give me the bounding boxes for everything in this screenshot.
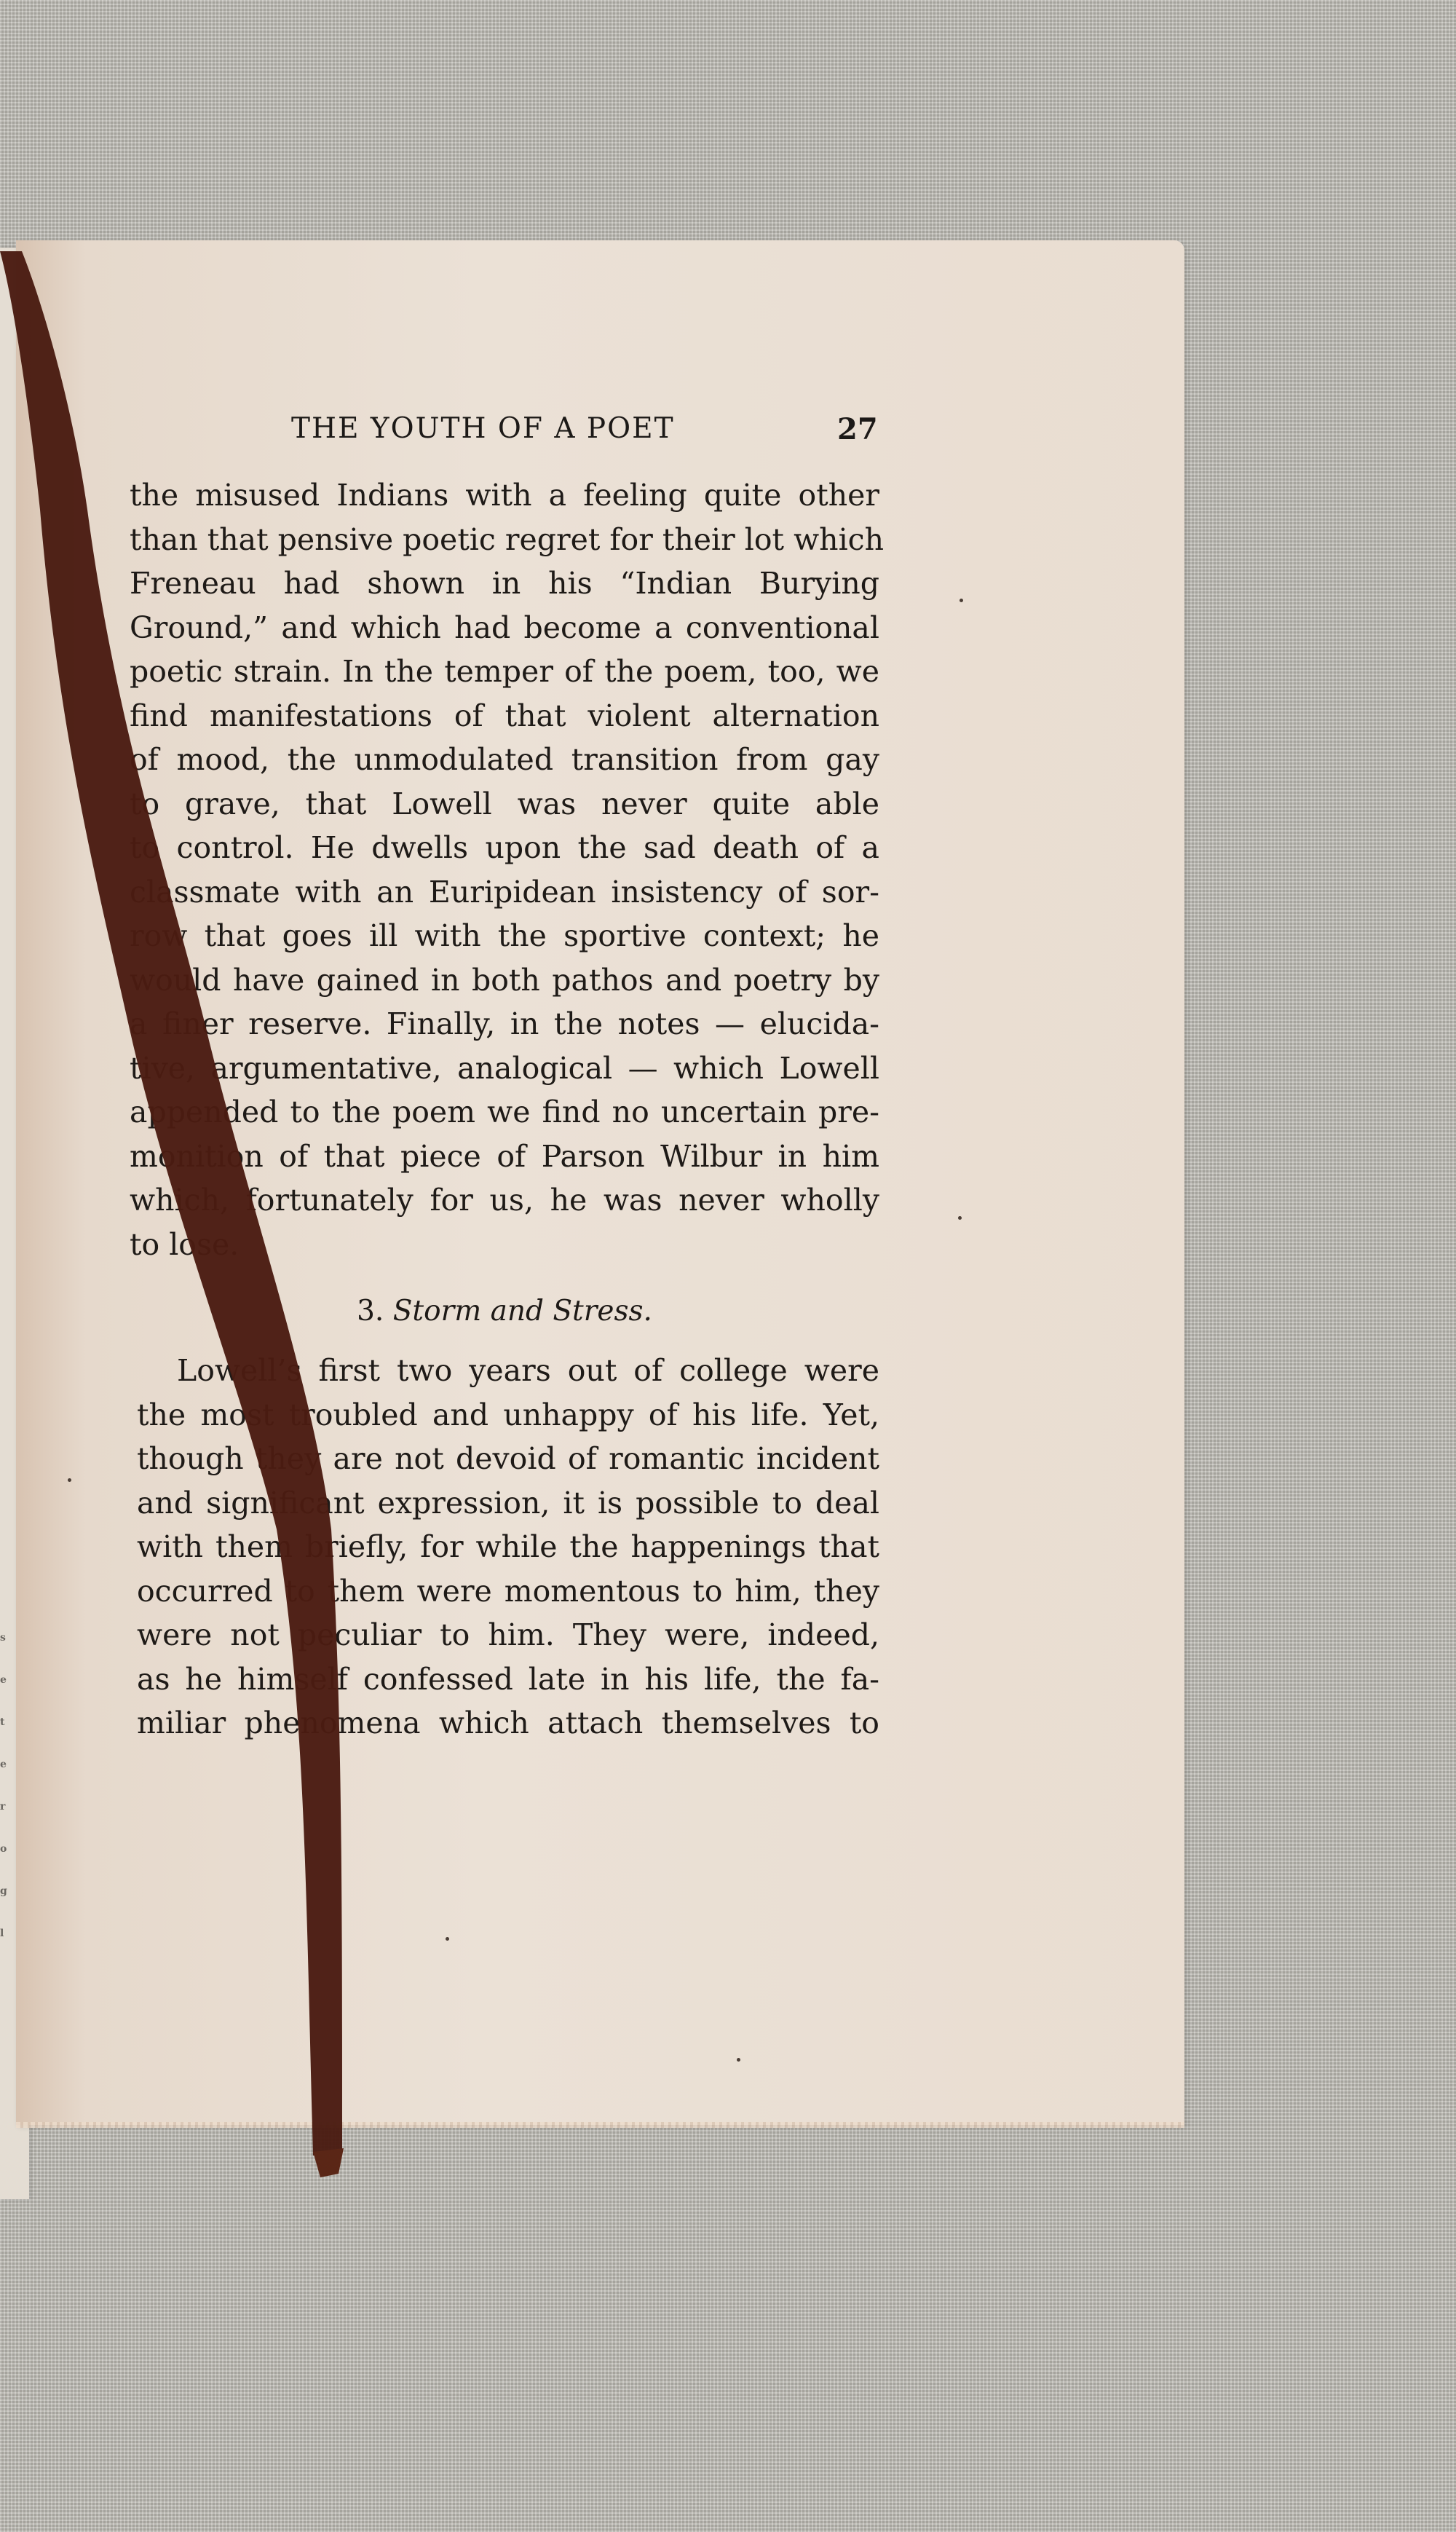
text-line: of mood, the unmodulated transition from… bbox=[130, 738, 879, 782]
paper-speck bbox=[446, 1937, 449, 1941]
paper-speck bbox=[958, 1216, 962, 1220]
text-line: row that goes ill with the sportive cont… bbox=[130, 914, 879, 958]
section-title: Storm and Stress. bbox=[393, 1295, 652, 1328]
paper-speck bbox=[68, 1478, 71, 1482]
text-line: Lowell’s first two years out of college … bbox=[137, 1349, 879, 1393]
text-line: and significant expression, it is possib… bbox=[137, 1481, 879, 1526]
text-line: which, fortunately for us, he was never … bbox=[130, 1178, 879, 1223]
section-number: 3. bbox=[357, 1295, 384, 1328]
text-line: tive, argumentative, analogical — which … bbox=[130, 1046, 879, 1091]
text-line: monition of that piece of Parson Wilbur … bbox=[130, 1135, 879, 1179]
text-line: miliar phenomena which attach themselves… bbox=[137, 1701, 879, 1746]
text-line: occurred to them were momentous to him, … bbox=[137, 1569, 879, 1614]
text-line: with them briefly, for while the happeni… bbox=[137, 1525, 879, 1569]
page-bottom-deckle-edge bbox=[16, 2122, 1184, 2128]
section-heading: 3. Storm and Stress. bbox=[130, 1295, 879, 1328]
text-line: than that pensive poetic regret for thei… bbox=[130, 518, 879, 562]
page-number: 27 bbox=[837, 412, 878, 446]
text-line: though they are not devoid of romantic i… bbox=[137, 1437, 879, 1481]
text-line: to lose. bbox=[130, 1223, 879, 1267]
paper-speck bbox=[960, 599, 963, 602]
paragraph-1: the misused Indians with a feeling quite… bbox=[130, 473, 879, 1266]
text-line: the most troubled and unhappy of his lif… bbox=[137, 1393, 879, 1437]
running-head: THE YOUTH OF A POET bbox=[291, 412, 874, 445]
text-line: the misused Indians with a feeling quite… bbox=[130, 473, 879, 518]
text-line: were not peculiar to him. They were, ind… bbox=[137, 1613, 879, 1657]
text-line: poetic strain. In the temper of the poem… bbox=[130, 650, 879, 694]
text-line: as he himself confessed late in his life… bbox=[137, 1657, 879, 1702]
text-line: to grave, that Lowell was never quite ab… bbox=[130, 782, 879, 827]
text-line: Ground,” and which had become a conventi… bbox=[130, 606, 879, 650]
underlying-page-text-fragments: seterogl bbox=[0, 1617, 15, 1955]
paragraph-2: Lowell’s first two years out of college … bbox=[137, 1349, 879, 1746]
text-line: a finer reserve. Finally, in the notes —… bbox=[130, 1002, 879, 1046]
text-line: appended to the poem we find no uncertai… bbox=[130, 1090, 879, 1135]
text-line: classmate with an Euripidean insistency … bbox=[130, 870, 879, 915]
text-line: would have gained in both pathos and poe… bbox=[130, 958, 879, 1003]
text-line: find manifestations of that violent alte… bbox=[130, 694, 879, 738]
text-line: to control. He dwells upon the sad death… bbox=[130, 826, 879, 870]
paper-speck bbox=[737, 2058, 740, 2062]
text-line: Freneau had shown in his “Indian Burying bbox=[130, 561, 879, 606]
